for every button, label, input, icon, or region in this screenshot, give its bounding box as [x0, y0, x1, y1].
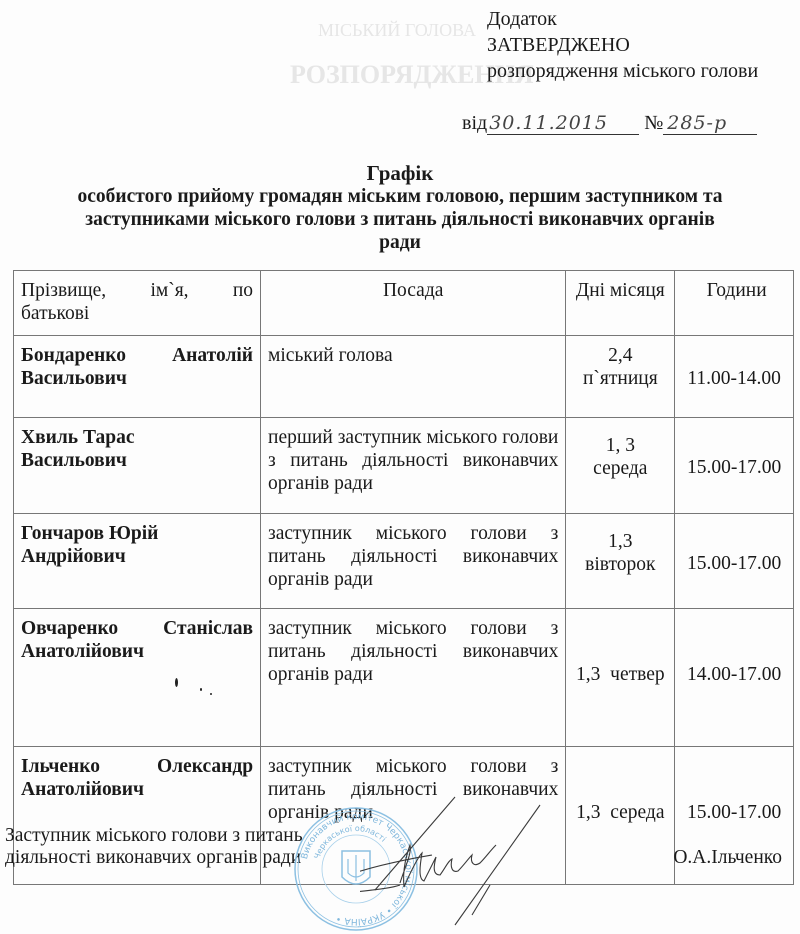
toner-speck [200, 688, 202, 691]
table-row: Овчаренко Станіслав Анатолійович заступн… [14, 609, 794, 747]
approval-block: Додаток ЗАТВЕРДЖЕНО розпорядження місько… [487, 6, 758, 84]
title-heading: Графік [0, 162, 800, 185]
approved-label: ЗАТВЕРДЖЕНО [487, 32, 758, 58]
table-row: Хвиль Тарас Васильович перший заступник … [14, 418, 794, 514]
cell-days: 1,3 вівторок [566, 514, 675, 609]
signature-icon [360, 795, 600, 934]
cell-hours: 15.00-17.00 [675, 514, 794, 609]
from-label: від [462, 112, 487, 134]
title-subtitle-line: ради [0, 231, 800, 254]
header-days: Дні місяця [566, 271, 675, 336]
reception-schedule-table: Прізвище, ім`я, по батькові Посада Дні м… [13, 270, 794, 885]
decree-label: розпорядження міського голови [487, 58, 758, 84]
document-title: Графік особистого прийому громадян міськ… [0, 162, 800, 254]
cell-name: Гончаров Юрій Андрійович [14, 514, 261, 609]
number-label: № [644, 112, 663, 134]
cell-hours: 15.00-17.00 [675, 418, 794, 514]
table-row: Бондаренко Анатолій Васильович міський г… [14, 336, 794, 418]
handwritten-number: 285-р [663, 112, 757, 135]
cell-days: 2,4 п`ятниця [566, 336, 675, 418]
cell-name: Овчаренко Станіслав Анатолійович [14, 609, 261, 747]
appendix-label: Додаток [487, 6, 758, 32]
cell-position: заступник міського голови з питань діяль… [261, 609, 566, 747]
cell-name: Бондаренко Анатолій Васильович [14, 336, 261, 418]
signer-title: Заступник міського голови з питань діяль… [5, 825, 303, 869]
title-subtitle-line: особистого прийому громадян міським голо… [0, 185, 800, 208]
cell-hours: 11.00-14.00 [675, 336, 794, 418]
cell-days: 1, 3 середа [566, 418, 675, 514]
cell-hours: 14.00-17.00 [675, 609, 794, 747]
table-row: Гончаров Юрій Андрійович заступник міськ… [14, 514, 794, 609]
decree-reference: від30.11.2015 №285-р [462, 112, 757, 135]
cell-position: перший заступник міського голови з питан… [261, 418, 566, 514]
cell-position: міський голова [261, 336, 566, 418]
header-hours: Години [675, 271, 794, 336]
cell-days: 1,3 четвер [566, 609, 675, 747]
signer-name: О.А.Ільченко [673, 847, 782, 869]
cell-name: Хвиль Тарас Васильович [14, 418, 261, 514]
toner-speck [175, 678, 178, 687]
header-name: Прізвище, ім`я, по батькові [14, 271, 261, 336]
table-header-row: Прізвище, ім`я, по батькові Посада Дні м… [14, 271, 794, 336]
bleed-through-text: МІСЬКИЙ ГОЛОВА [318, 20, 476, 41]
toner-speck [210, 693, 212, 695]
cell-position: заступник міського голови з питань діяль… [261, 514, 566, 609]
header-position: Посада [261, 271, 566, 336]
handwritten-date: 30.11.2015 [487, 112, 639, 135]
title-subtitle-line: заступниками міського голови з питань ді… [0, 208, 800, 231]
